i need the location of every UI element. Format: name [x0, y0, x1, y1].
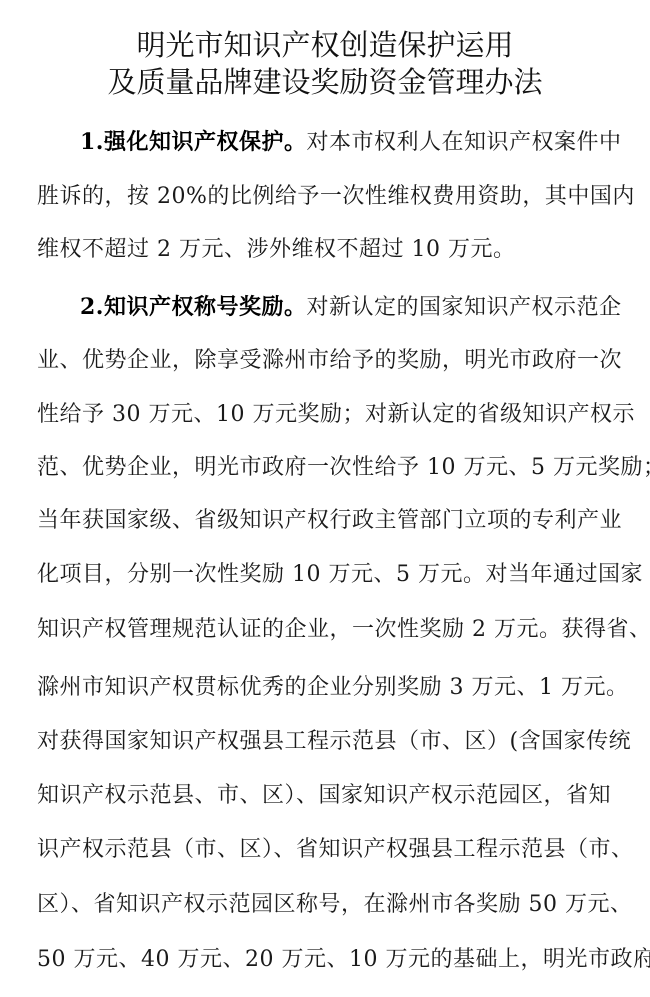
section-2-line-2: 业、优势企业，除享受滁州市给予的奖励，明光市政府一次: [37, 346, 609, 376]
section-2-line-3: 性给予 30 万元、10 万元奖励；对新认定的省级知识产权示: [37, 400, 609, 430]
section-2-line-5: 当年获国家级、省级知识产权行政主管部门立项的专利产业: [37, 506, 609, 536]
section-2-line-10: 知识产权示范县、市、区）、国家知识产权示范园区，省知: [37, 781, 609, 811]
section-1-heading: 1.强化知识产权保护。: [80, 129, 306, 155]
section-2-line-12: 区）、省知识产权示范园区称号，在滁州市各奖励 50 万元、: [37, 890, 609, 920]
section-1-text: 对本市权利人在知识产权案件中: [306, 130, 621, 155]
section-1-line-1: 1.强化知识产权保护。对本市权利人在知识产权案件中: [80, 127, 609, 158]
document-title-line-2: 及质量品牌建设奖励资金管理办法: [0, 63, 650, 101]
section-1-line-3: 维权不超过 2 万元、涉外维权不超过 10 万元。: [37, 235, 609, 265]
section-2-line-7: 知识产权管理规范认证的企业，一次性奖励 2 万元。获得省、: [37, 615, 609, 645]
document-title-line-1: 明光市知识产权创造保护运用: [0, 26, 650, 64]
section-2-line-8: 滁州市知识产权贯标优秀的企业分别奖励 3 万元、1 万元。: [37, 673, 609, 703]
section-2-heading: 2.知识产权称号奖励。: [80, 294, 306, 320]
section-2-line-9: 对获得国家知识产权强县工程示范县（市、区）(含国家传统: [37, 727, 609, 757]
section-2-line-11: 识产权示范县（市、区）、省知识产权强县工程示范县（市、: [37, 835, 609, 865]
section-2-line-4: 范、优势企业，明光市政府一次性给予 10 万元、5 万元奖励；: [37, 453, 609, 483]
section-2-line-1: 2.知识产权称号奖励。对新认定的国家知识产权示范企: [80, 292, 609, 323]
section-2-text: 对新认定的国家知识产权示范企: [306, 295, 621, 320]
section-1-line-2: 胜诉的，按 20%的比例给予一次性维权费用资助，其中国内: [37, 182, 609, 212]
section-2-line-6: 化项目，分别一次性奖励 10 万元、5 万元。对当年通过国家: [37, 560, 609, 590]
section-2-line-13: 50 万元、40 万元、20 万元、10 万元的基础上，明光市政府: [37, 945, 609, 975]
